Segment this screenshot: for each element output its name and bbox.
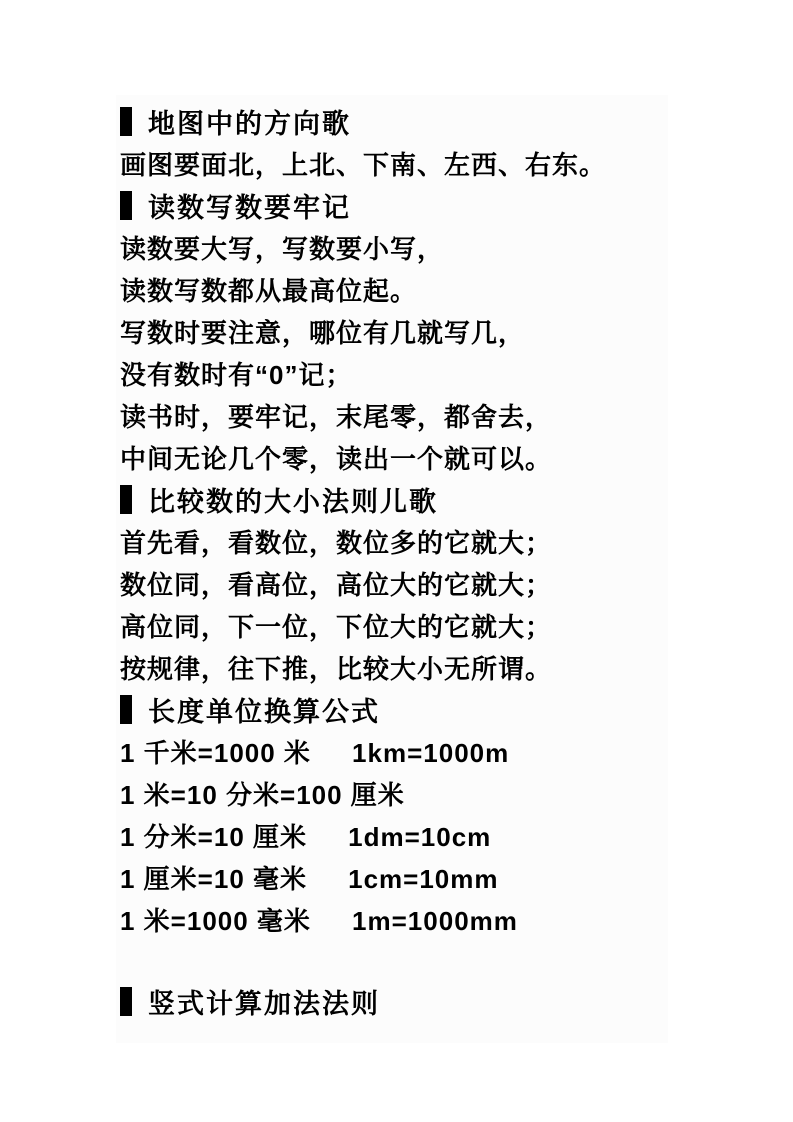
section-heading-map-direction: 地图中的方向歌 — [120, 100, 720, 142]
text-line: 读书时，要牢记，末尾零，都舍去， — [120, 394, 720, 436]
text-line: 数位同，看高位，高位大的它就大； — [120, 562, 720, 604]
text-line: 读数写数都从最高位起。 — [120, 268, 720, 310]
section-heading-compare-numbers: 比较数的大小法则儿歌 — [120, 478, 720, 520]
heading-bar-icon — [120, 987, 132, 1016]
heading-bar-icon — [120, 485, 132, 514]
section-heading-text: 地图中的方向歌 — [148, 102, 351, 141]
section-heading-text: 读数写数要牢记 — [148, 186, 351, 225]
text-line: 首先看，看数位，数位多的它就大； — [120, 520, 720, 562]
text-line: 写数时要注意，哪位有几就写几， — [120, 310, 720, 352]
section-heading-vertical-addition: 竖式计算加法法则 — [120, 980, 720, 1022]
text-line: 高位同，下一位，下位大的它就大； — [120, 604, 720, 646]
document-page: 地图中的方向歌 画图要面北，上北、下南、左西、右东。 读数写数要牢记 读数要大写… — [120, 100, 720, 1022]
text-line: 读数要大写，写数要小写， — [120, 226, 720, 268]
section-heading-read-write-numbers: 读数写数要牢记 — [120, 184, 720, 226]
section-heading-text: 长度单位换算公式 — [148, 690, 380, 729]
heading-bar-icon — [120, 695, 132, 724]
section-heading-text: 比较数的大小法则儿歌 — [148, 480, 438, 519]
text-line: 没有数时有“0”记； — [120, 352, 720, 394]
text-line: 画图要面北，上北、下南、左西、右东。 — [120, 142, 720, 184]
heading-bar-icon — [120, 107, 132, 136]
section-heading-text: 竖式计算加法法则 — [148, 982, 380, 1021]
formula-line: 1 千米=1000 米 1km=1000m — [120, 730, 720, 772]
formula-line: 1 厘米=10 毫米 1cm=10mm — [120, 856, 720, 898]
formula-line: 1 分米=10 厘米 1dm=10cm — [120, 814, 720, 856]
heading-bar-icon — [120, 191, 132, 220]
section-heading-length-unit-conversion: 长度单位换算公式 — [120, 688, 720, 730]
text-line: 按规律，往下推，比较大小无所谓。 — [120, 646, 720, 688]
formula-line: 1 米=10 分米=100 厘米 — [120, 772, 720, 814]
formula-line: 1 米=1000 毫米 1m=1000mm — [120, 898, 720, 940]
text-line: 中间无论几个零，读出一个就可以。 — [120, 436, 720, 478]
